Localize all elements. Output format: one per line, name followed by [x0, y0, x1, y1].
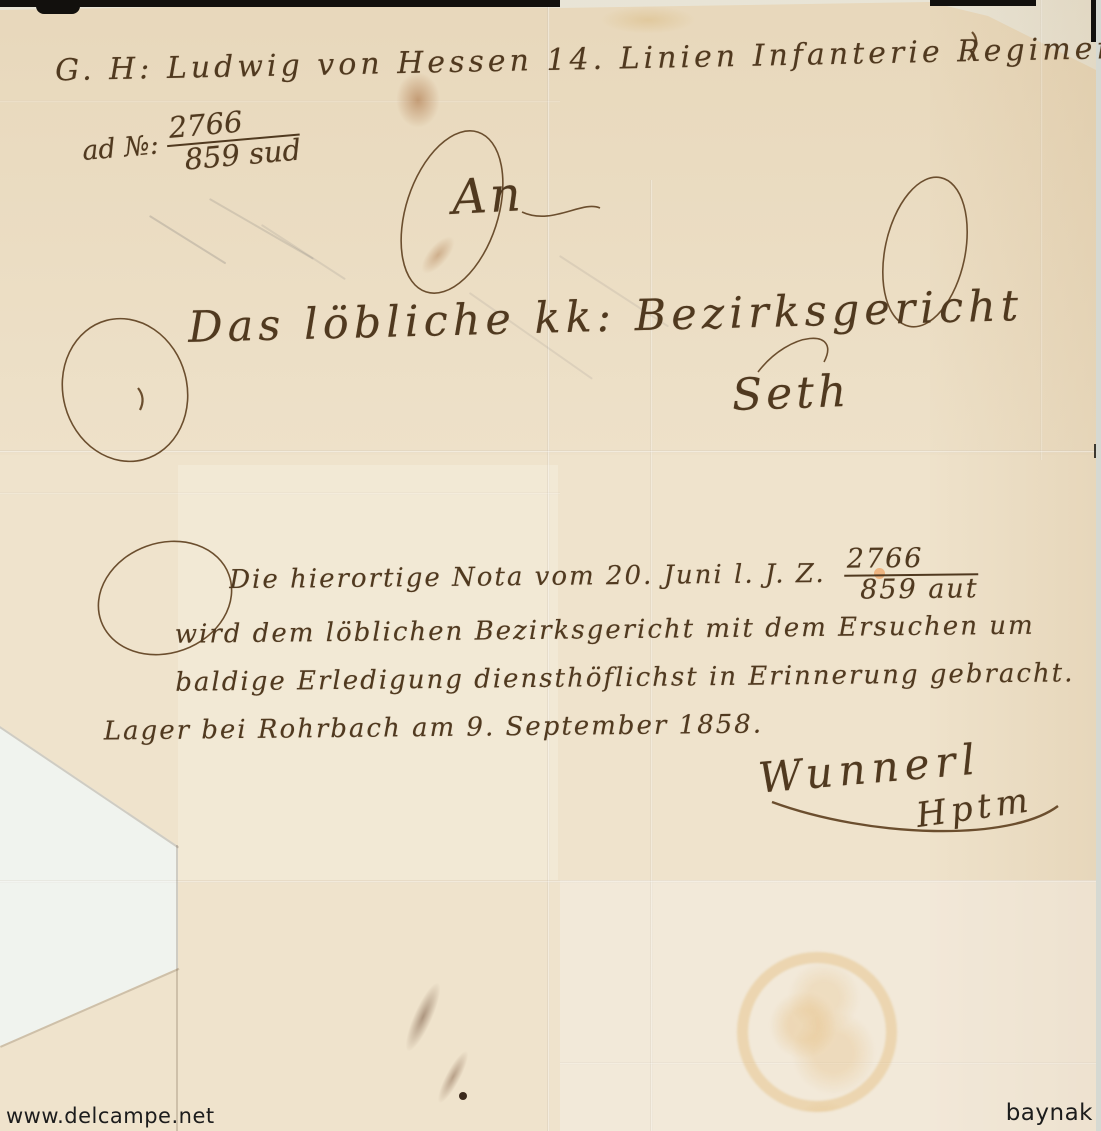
salutation: An: [451, 166, 525, 226]
body-line-1: Die hierortige Nota vom 20. Juni l. J. Z…: [229, 543, 1074, 610]
fold-crease-vertical-edge: [1040, 0, 1043, 460]
watermark-delcampe: www.delcampe.net: [6, 1104, 215, 1128]
scanned-letter-photo: G. H: Ludwig von Hessen 14. Linien Infan…: [0, 0, 1101, 1131]
reference-prefix: ad №:: [81, 129, 160, 167]
torn-edge-vertical: [176, 845, 178, 1131]
body-ref-denominator: 859 aut: [844, 575, 979, 604]
body-line-3: baldige Erledigung diensthöflichst in Er…: [175, 649, 1075, 706]
scan-edge-black-blob: [36, 0, 80, 14]
postmark-stamp-faint: [737, 952, 897, 1112]
body-ref-numerator: 2766: [844, 544, 979, 576]
scan-edge-gray-strip: [1096, 0, 1101, 1131]
body-text: Die hierortige Nota vom 20. Juni l. J. Z…: [174, 543, 1075, 754]
scan-edge-black-bar-right: [930, 0, 1036, 6]
fold-crease-horizontal-lower: [0, 880, 1101, 883]
fold-crease-horizontal-top: [0, 100, 560, 103]
scan-edge-black-bar-left: [0, 0, 560, 7]
watermark-baynak: baynak: [1006, 1100, 1093, 1126]
fold-crease-horizontal-upper: [0, 450, 1101, 453]
address-place: Seth: [731, 366, 851, 421]
fold-crease-horizontal-secondary: [0, 492, 560, 495]
